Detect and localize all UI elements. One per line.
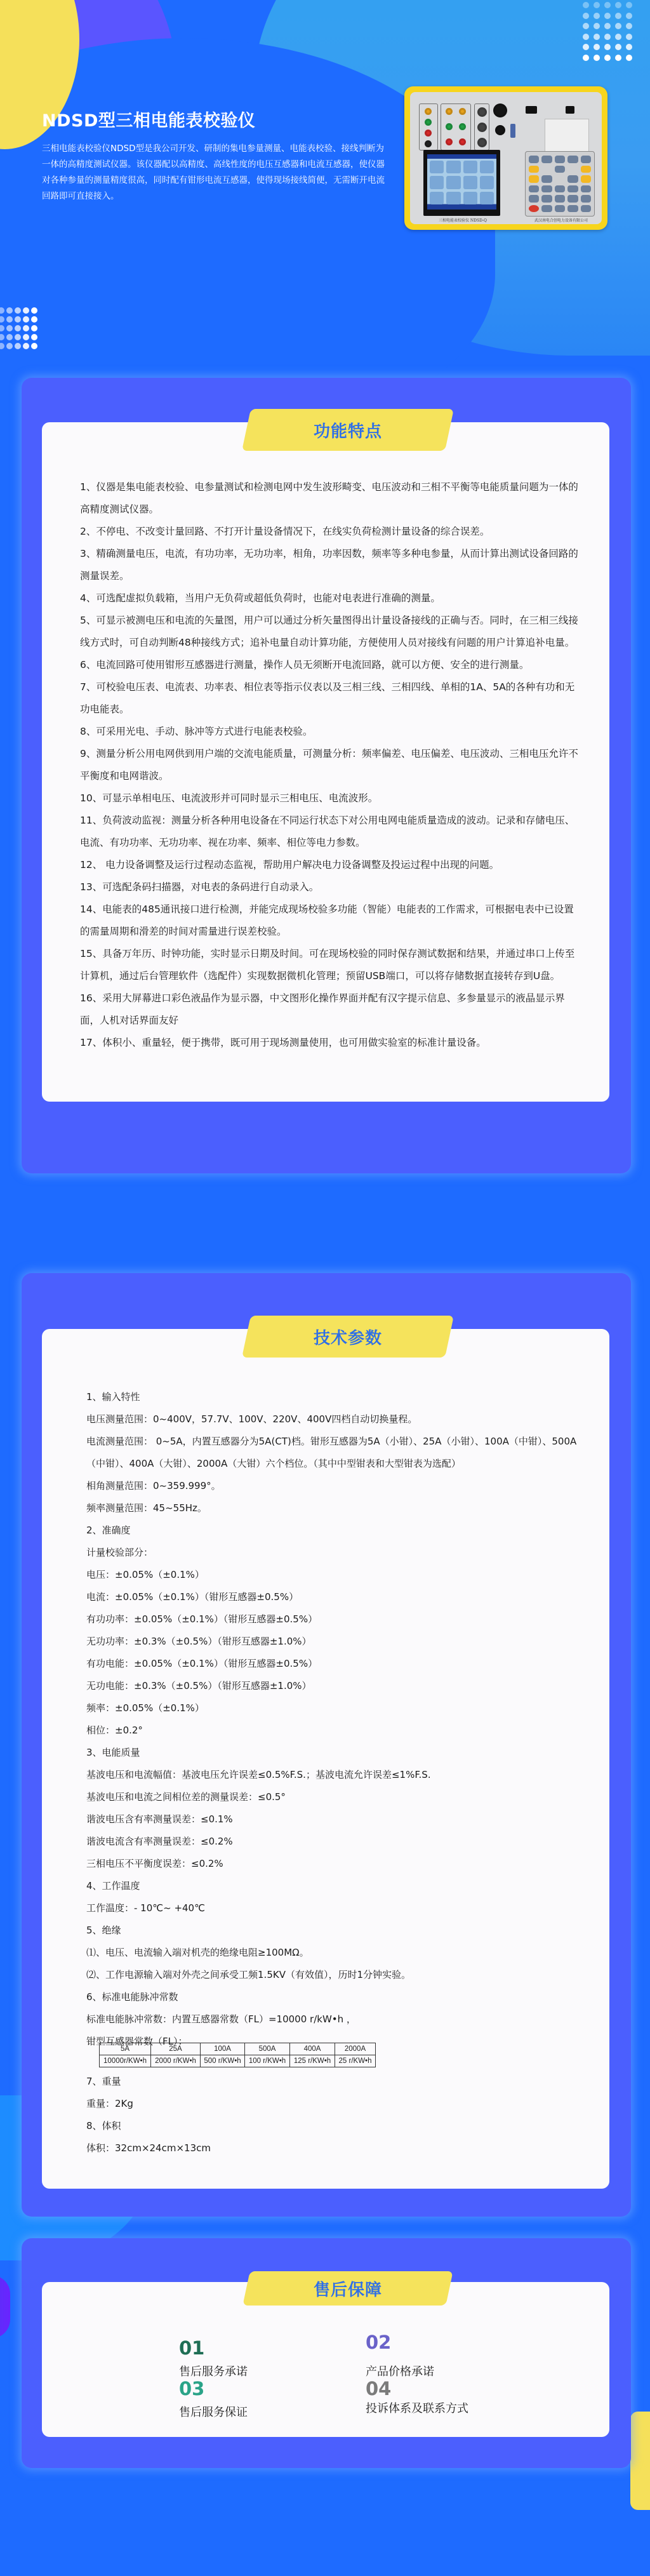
service-item-label: 售后服务保证 [179,2403,248,2420]
features-card: 1、仪器是集电能表校验、电参量测试和检测电网中发生波形畸变、电压波动和三相不平衡… [42,422,609,1102]
spec-heading: 2、准确度 [86,1519,588,1542]
service-item-number: 02 [366,2333,434,2352]
list-item: 13、可选配条码扫描器，对电表的条码进行自动录入。 [80,876,578,898]
spec-line: 电压测量范围：0~400V，57.7V、100V、220V、400V四档自动切换… [86,1408,588,1431]
device-lcd-screen [423,150,500,216]
table-cell: 125 r/KW•h [290,2055,335,2067]
page-title: NDSD型三相电能表校验仪 [42,107,255,131]
table-cell: 5A [100,2043,151,2055]
service-item-label: 投诉体系及联系方式 [366,2399,468,2416]
specs-card: 1、输入特性 电压测量范围：0~400V，57.7V、100V、220V、400… [42,1329,609,2189]
spec-heading: 6、标准电能脉冲常数 [86,1986,588,2008]
section-title-badge: 技术参数 [246,1316,449,1358]
table-header-row: 5A 25A 100A 500A 400A 2000A [100,2043,376,2055]
power-socket [526,106,537,114]
spec-line: 谐波电流含有率测量误差：≤0.2% [86,1831,588,1853]
list-item: 10、可显示单相电压、电流波形并可同时显示三相电压、电流波形。 [80,787,578,810]
current-jack-panel [441,103,471,150]
spec-line: ⑴、电压、电流输入端对机壳的绝缘电阻≥100MΩ。 [86,1942,588,1964]
spec-heading: 5、绝缘 [86,1919,588,1942]
service-item-number: 04 [366,2379,468,2398]
table-cell: 25A [151,2043,201,2055]
service-item-03[interactable]: 03 售后服务保证 [179,2379,248,2420]
table-cell: 500A [245,2043,290,2055]
device-model-label: 三相电能表校验仪 NDSD-Q [439,217,487,223]
list-item: 4、可选配虚拟负载箱，当用户无负荷或超低负荷时，也能对电表进行准确的测量。 [80,587,578,610]
list-item: 14、电能表的485通讯接口进行检测，并能完成现场校验多功能（智能）电能表的工作… [80,898,578,943]
clamp-connector-panel [474,103,489,150]
device-keypad [525,151,595,217]
table-cell: 400A [290,2043,335,2055]
feature-list: 1、仪器是集电能表校验、电参量测试和检测电网中发生波形畸变、电压波动和三相不平衡… [80,476,578,1054]
features-section: 1、仪器是集电能表校验、电参量测试和检测电网中发生波形畸变、电压波动和三相不平衡… [22,378,631,1173]
printer-module [545,119,589,152]
service-item-01[interactable]: 01 售后服务承诺 [179,2339,248,2379]
power-switch [566,106,574,114]
spec-line: 基波电压和电流之间相位差的测量误差：≤0.5° [86,1786,588,1808]
list-item: 11、负荷波动监视：测量分析各种用电设备在不同运行状态下对公用电网电能质量造成的… [80,810,578,854]
product-description: 三相电能表校验仪NDSD型是我公司开发、研制的集电参量测量、电能表校验、接线判断… [42,141,388,204]
list-item: 16、采用大屏幕进口彩色液晶作为显示器，中文图形化操作界面并配有汉字提示信息、多… [80,987,578,1032]
service-item-number: 03 [179,2379,248,2398]
product-image: 三相电能表校验仪 NDSD-Q 武汉南电合创电力设备有限公司 [404,86,607,230]
service-item-04[interactable]: 04 投诉体系及联系方式 [366,2379,468,2416]
service-item-number: 01 [179,2339,248,2358]
list-item: 5、可显示被测电压和电流的矢量图，用户可以通过分析矢量图得出计量设备接线的正确与… [80,610,578,654]
device-knob [493,103,507,117]
spec-heading: 3、电能质量 [86,1742,588,1764]
spec-line: 重量：2Kg [86,2093,588,2115]
spec-line: 计量校验部分： [86,1542,588,1564]
spec-line: 无功功率：±0.3%（±0.5%）（钳形互感器±1.0%） [86,1631,588,1653]
section-title: 功能特点 [314,418,382,442]
spec-heading: 1、输入特性 [86,1386,588,1408]
spec-line: 无功电能：±0.3%（±0.5%）（钳形互感器±1.0%） [86,1675,588,1697]
table-cell: 25 r/KW•h [335,2055,376,2067]
spec-line: 三相电压不平衡度误差：≤0.2% [86,1853,588,1875]
spec-line: 有功电能：±0.05%（±0.1%）（钳形互感器±0.5%） [86,1653,588,1675]
section-title-badge: 售后保障 [246,2271,449,2306]
list-item: 9、测量分析公用电网供到用户端的交流电能质量，可测量分析：频率偏差、电压偏差、电… [80,743,578,787]
clamp-constant-table: 5A 25A 100A 500A 400A 2000A 10000r/KW•h … [99,2043,376,2067]
service-section: 01 售后服务承诺 02 产品价格承诺 03 售后服务保证 04 投诉体系及联系… [22,2238,631,2468]
spec-line: 谐波电压含有率测量误差：≤0.1% [86,1808,588,1831]
list-item: 7、可校验电压表、电流表、功率表、相位表等指示仪表以及三相三线、三相四线、单相的… [80,676,578,721]
spec-line: ⑵、工作电源输入端对外壳之间承受工频1.5KV（有效值），历时1分钟实验。 [86,1964,588,1986]
spec-line: 频率测量范围：45~55Hz。 [86,1497,588,1519]
spec-line: 电流：±0.05%（±0.1%）（钳形互感器±0.5%） [86,1586,588,1608]
list-item: 8、可采用光电、手动、脉冲等方式进行电能表校验。 [80,721,578,743]
spec-heading: 8、体积 [86,2115,588,2137]
list-item: 15、具备万年历、时钟功能，实时显示日期及时间。可在现场校验的同时保存测试数据和… [80,943,578,987]
spec-line: 标准电能脉冲常数：内置互感器常数（FL）=10000 r/kW•h ， [86,2008,588,2031]
table-cell: 10000r/KW•h [100,2055,151,2067]
specs-section: 1、输入特性 电压测量范围：0~400V，57.7V、100V、220V、400… [22,1273,631,2217]
section-title: 售后保障 [314,2277,382,2300]
device-maker-label: 武汉南电合创电力设备有限公司 [534,217,588,223]
list-item: 1、仪器是集电能表校验、电参量测试和检测电网中发生波形畸变、电压波动和三相不平衡… [80,476,578,521]
table-cell: 100A [201,2043,245,2055]
spec-heading: 7、重量 [86,2071,588,2093]
device-front-panel: 三相电能表校验仪 NDSD-Q 武汉南电合创电力设备有限公司 [410,92,602,224]
spec-line: 有功功率：±0.05%（±0.1%）（钳形互感器±0.5%） [86,1608,588,1631]
section-title-badge: 功能特点 [246,409,449,451]
service-item-02[interactable]: 02 产品价格承诺 [366,2333,434,2379]
service-item-label: 产品价格承诺 [366,2363,434,2379]
spec-line: 频率：±0.05%（±0.1%） [86,1697,588,1719]
table-cell: 500 r/KW•h [201,2055,245,2067]
spec-line: 体积：32cm×24cm×13cm [86,2137,588,2159]
spec-line: 相位：±0.2° [86,1719,588,1742]
device-knob [495,125,505,135]
table-cell: 2000A [335,2043,376,2055]
table-row: 10000r/KW•h 2000 r/KW•h 500 r/KW•h 100 r… [100,2055,376,2067]
list-item: 2、不停电、不改变计量回路、不打开计量设备情况下，在线实负荷检测计量设备的综合误… [80,521,578,543]
spec-line: 基波电压和电流幅值：基波电压允许误差≤0.5%F.S.；基波电流允许误差≤1%F… [86,1764,588,1786]
section-title: 技术参数 [314,1325,382,1349]
list-item: 17、体积小、重量轻，便于携带，既可用于现场测量使用，也可用做实验室的标准计量设… [80,1032,578,1054]
list-item: 12、 电力设备调整及运行过程动态监视，帮助用户解决电力设备调整及投运过程中出现… [80,854,578,876]
spec-line: 电流测量范围： 0~5A，内置互感器分为5A(CT)档。钳形互感器为5A（小钳）… [86,1431,588,1475]
spec-line: 电压：±0.05%（±0.1%） [86,1564,588,1586]
service-item-label: 售后服务承诺 [179,2363,248,2379]
spec-line: 工作温度：- 10℃~ +40℃ [86,1897,588,1919]
hero-section: NDSD型三相电能表校验仪 三相电能表校验仪NDSD型是我公司开发、研制的集电参… [0,0,650,356]
list-item: 6、电流回路可使用钳形互感器进行测量，操作人员无须断开电流回路，就可以方便、安全… [80,654,578,676]
table-cell: 100 r/KW•h [245,2055,290,2067]
bg-shape-yellow-pill [630,2412,650,2510]
list-item: 3、精确测量电压，电流，有功功率，无功功率，相角，功率因数，频率等多种电参量，从… [80,543,578,587]
spec-heading: 4、工作温度 [86,1875,588,1897]
bg-shape-violet-pill [0,2275,10,2339]
serial-port [510,124,515,138]
spec-line: 相角测量范围：0~359.999°。 [86,1475,588,1497]
table-cell: 2000 r/KW•h [151,2055,201,2067]
voltage-jack-panel [419,103,438,150]
